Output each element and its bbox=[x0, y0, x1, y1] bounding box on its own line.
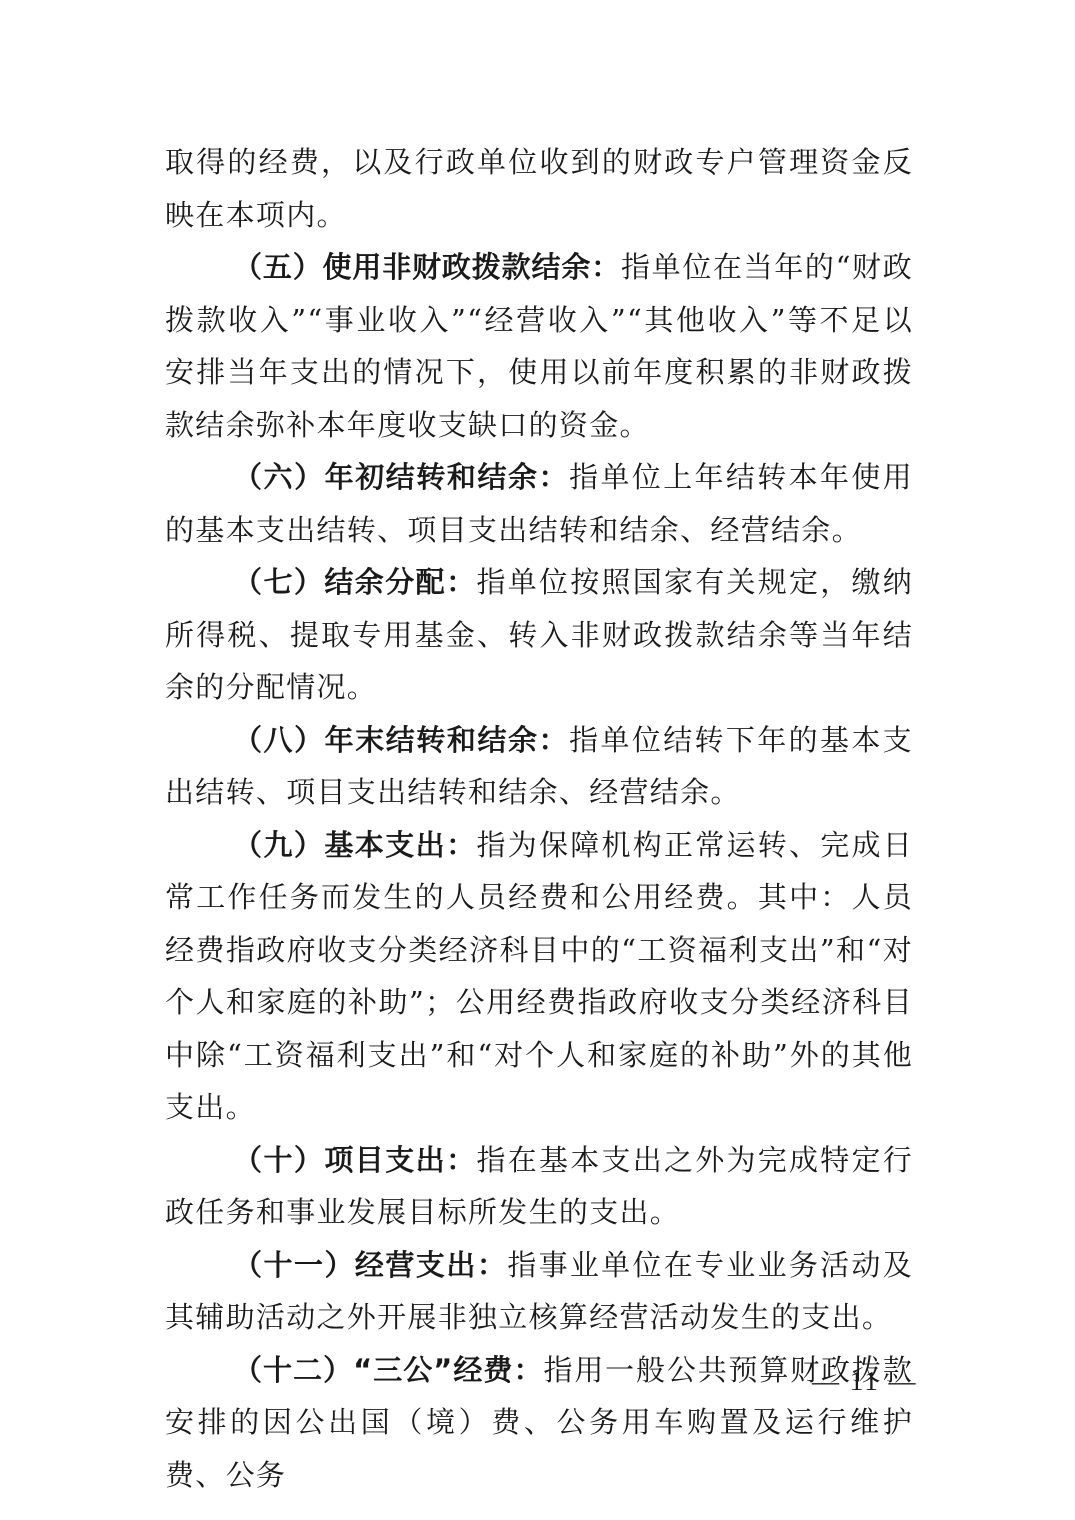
paragraph-text: 指为保障机构正常运转、完成日常工作任务而发生的人员经费和公用经费。其中：人员经费… bbox=[165, 828, 913, 1125]
term-heading: （十）项目支出： bbox=[233, 1143, 477, 1177]
paragraph-item-12: （十二）“三公”经费：指用一般公共预算财政拨款安排的因公出国（境）费、公务用车购… bbox=[165, 1344, 913, 1502]
term-heading: （七）结余分配： bbox=[233, 565, 477, 599]
term-heading: （十二）“三公”经费： bbox=[233, 1353, 544, 1387]
paragraph-item-8: （八）年末结转和结余：指单位结转下年的基本支出结转、项目支出结转和结余、经营结余… bbox=[165, 714, 913, 819]
paragraph-item-10: （十）项目支出：指在基本支出之外为完成特定行政任务和事业发展目标所发生的支出。 bbox=[165, 1134, 913, 1239]
page-number: — 11 — bbox=[812, 1366, 918, 1397]
document-page: 取得的经费，以及行政单位收到的财政专户管理资金反映在本项内。 （五）使用非财政拨… bbox=[165, 136, 913, 1501]
term-heading: （六）年初结转和结余： bbox=[233, 460, 569, 494]
paragraph-item-9: （九）基本支出：指为保障机构正常运转、完成日常工作任务而发生的人员经费和公用经费… bbox=[165, 819, 913, 1134]
paragraph-item-11: （十一）经营支出：指事业单位在专业业务活动及其辅助活动之外开展非独立核算经营活动… bbox=[165, 1239, 913, 1344]
paragraph-text: 取得的经费，以及行政单位收到的财政专户管理资金反映在本项内。 bbox=[165, 145, 913, 232]
paragraph-item-7: （七）结余分配：指单位按照国家有关规定，缴纳所得税、提取专用基金、转入非财政拨款… bbox=[165, 556, 913, 714]
term-heading: （十一）经营支出： bbox=[233, 1248, 507, 1282]
paragraph-item-5: （五）使用非财政拨款结余：指单位在当年的“财政拨款收入”“事业收入”“经营收入”… bbox=[165, 241, 913, 451]
term-heading: （九）基本支出： bbox=[233, 828, 477, 862]
term-heading: （五）使用非财政拨款结余： bbox=[233, 250, 621, 284]
paragraph-item-6: （六）年初结转和结余：指单位上年结转本年使用的基本支出结转、项目支出结转和结余、… bbox=[165, 451, 913, 556]
term-heading: （八）年末结转和结余： bbox=[233, 723, 569, 757]
paragraph-continuation: 取得的经费，以及行政单位收到的财政专户管理资金反映在本项内。 bbox=[165, 136, 913, 241]
